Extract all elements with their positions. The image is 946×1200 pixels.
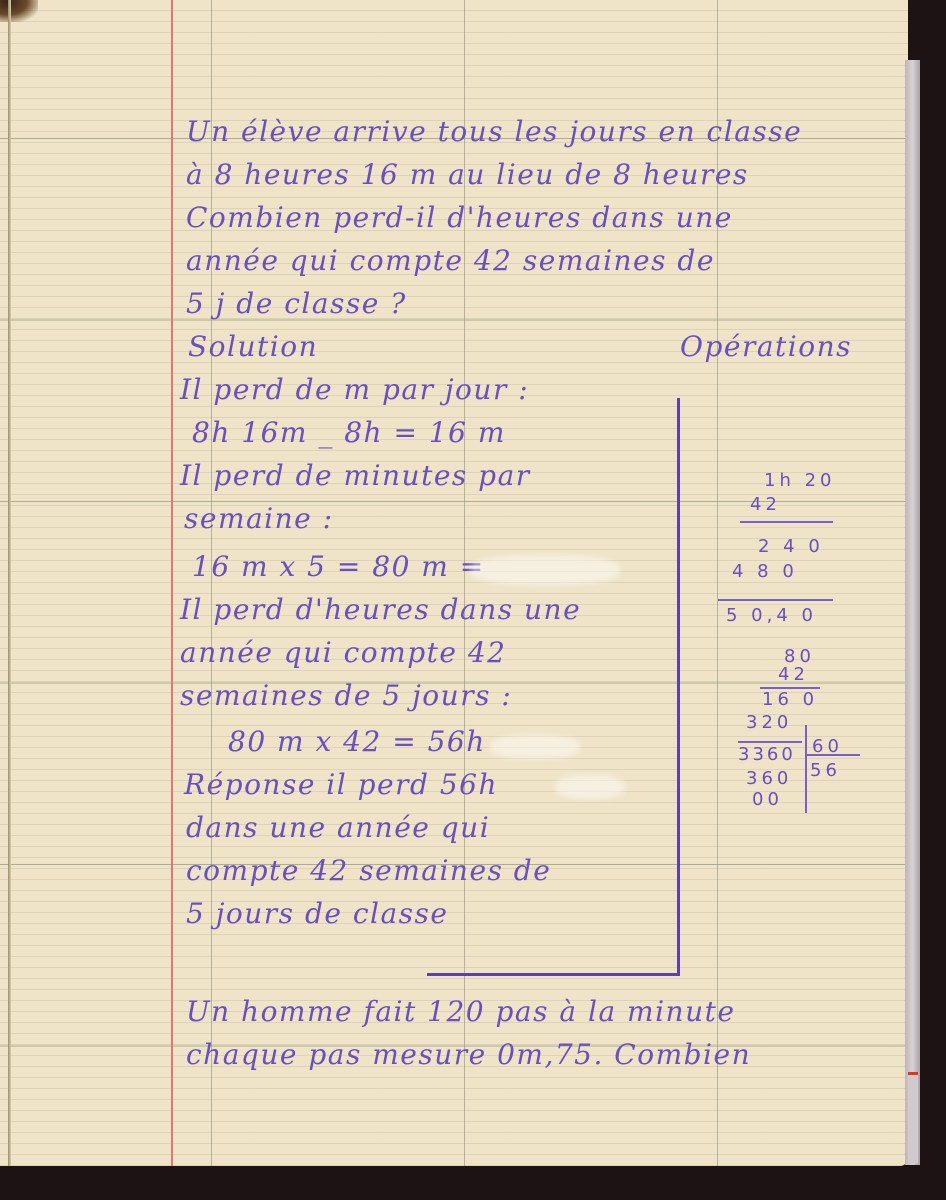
op1-partial2: 4 8 0 xyxy=(732,563,798,581)
op1-top: 1h 20 xyxy=(764,472,836,490)
division-divisor-rule xyxy=(805,754,860,756)
problem-line-2: à 8 heures 16 m au lieu de 8 heures xyxy=(186,161,749,189)
solution-line-11: dans une année qui xyxy=(186,814,490,842)
solution-line-3: Il perd de minutes par xyxy=(180,462,531,490)
op2-partial1: 16 0 xyxy=(762,691,818,709)
op2-result-rule xyxy=(738,741,802,743)
notebook-page: Un élève arrive tous les jours en classe… xyxy=(0,0,908,1166)
erasure-mark xyxy=(490,735,580,759)
division-remainder1: 360 xyxy=(746,770,792,788)
page-binding-edge xyxy=(8,0,11,1166)
operations-heading: Opérations xyxy=(680,333,852,361)
burnt-corner xyxy=(0,0,38,22)
op1-partial1: 2 4 0 xyxy=(758,538,824,556)
solution-line-10: Réponse il perd 56h xyxy=(184,771,498,799)
solution-line-2: 8h 16m _ 8h = 16 m xyxy=(192,419,506,447)
solution-line-4: semaine : xyxy=(184,505,334,533)
solution-heading: Solution xyxy=(188,333,318,361)
next-problem-line-1: Un homme fait 120 pas à la minute xyxy=(186,998,735,1026)
next-problem-line-2: chaque pas mesure 0m,75. Combien xyxy=(186,1041,751,1069)
underlying-page-edge xyxy=(905,60,920,1165)
solution-line-9: 80 m x 42 = 56h xyxy=(228,728,486,756)
solution-box-right-border xyxy=(677,398,680,976)
problem-line-1: Un élève arrive tous les jours en classe xyxy=(186,118,802,146)
op1-result: 5 0,4 0 xyxy=(726,607,817,625)
solution-line-12: compte 42 semaines de xyxy=(186,857,551,885)
erasure-mark xyxy=(470,555,620,585)
solution-line-1: Il perd de m par jour : xyxy=(180,376,529,404)
op2-multiplier: 42 xyxy=(778,666,809,684)
solution-line-8: semaines de 5 jours : xyxy=(180,682,512,710)
division-dividend: 3360 xyxy=(738,746,796,764)
division-remainder2: 00 xyxy=(752,791,783,809)
op1-result-rule xyxy=(718,599,833,601)
solution-line-5: 16 m x 5 = 80 m = xyxy=(192,553,485,581)
erasure-mark xyxy=(555,775,625,799)
solution-line-7: année qui compte 42 xyxy=(180,639,506,667)
op1-rule xyxy=(740,521,833,523)
division-quotient: 56 xyxy=(810,762,841,780)
solution-line-13: 5 jours de classe xyxy=(186,900,448,928)
solution-box-bottom-border xyxy=(427,973,680,976)
page-tab-marker xyxy=(908,1072,918,1163)
solution-line-6: Il perd d'heures dans une xyxy=(180,596,581,624)
op1-multiplier: 42 xyxy=(750,496,781,514)
op2-partial2: 320 xyxy=(746,714,792,732)
problem-line-3: Combien perd-il d'heures dans une xyxy=(186,204,733,232)
division-vertical-bar xyxy=(805,725,807,813)
problem-line-4: année qui compte 42 semaines de xyxy=(186,247,715,275)
problem-line-5: 5 j de classe ? xyxy=(186,290,407,318)
